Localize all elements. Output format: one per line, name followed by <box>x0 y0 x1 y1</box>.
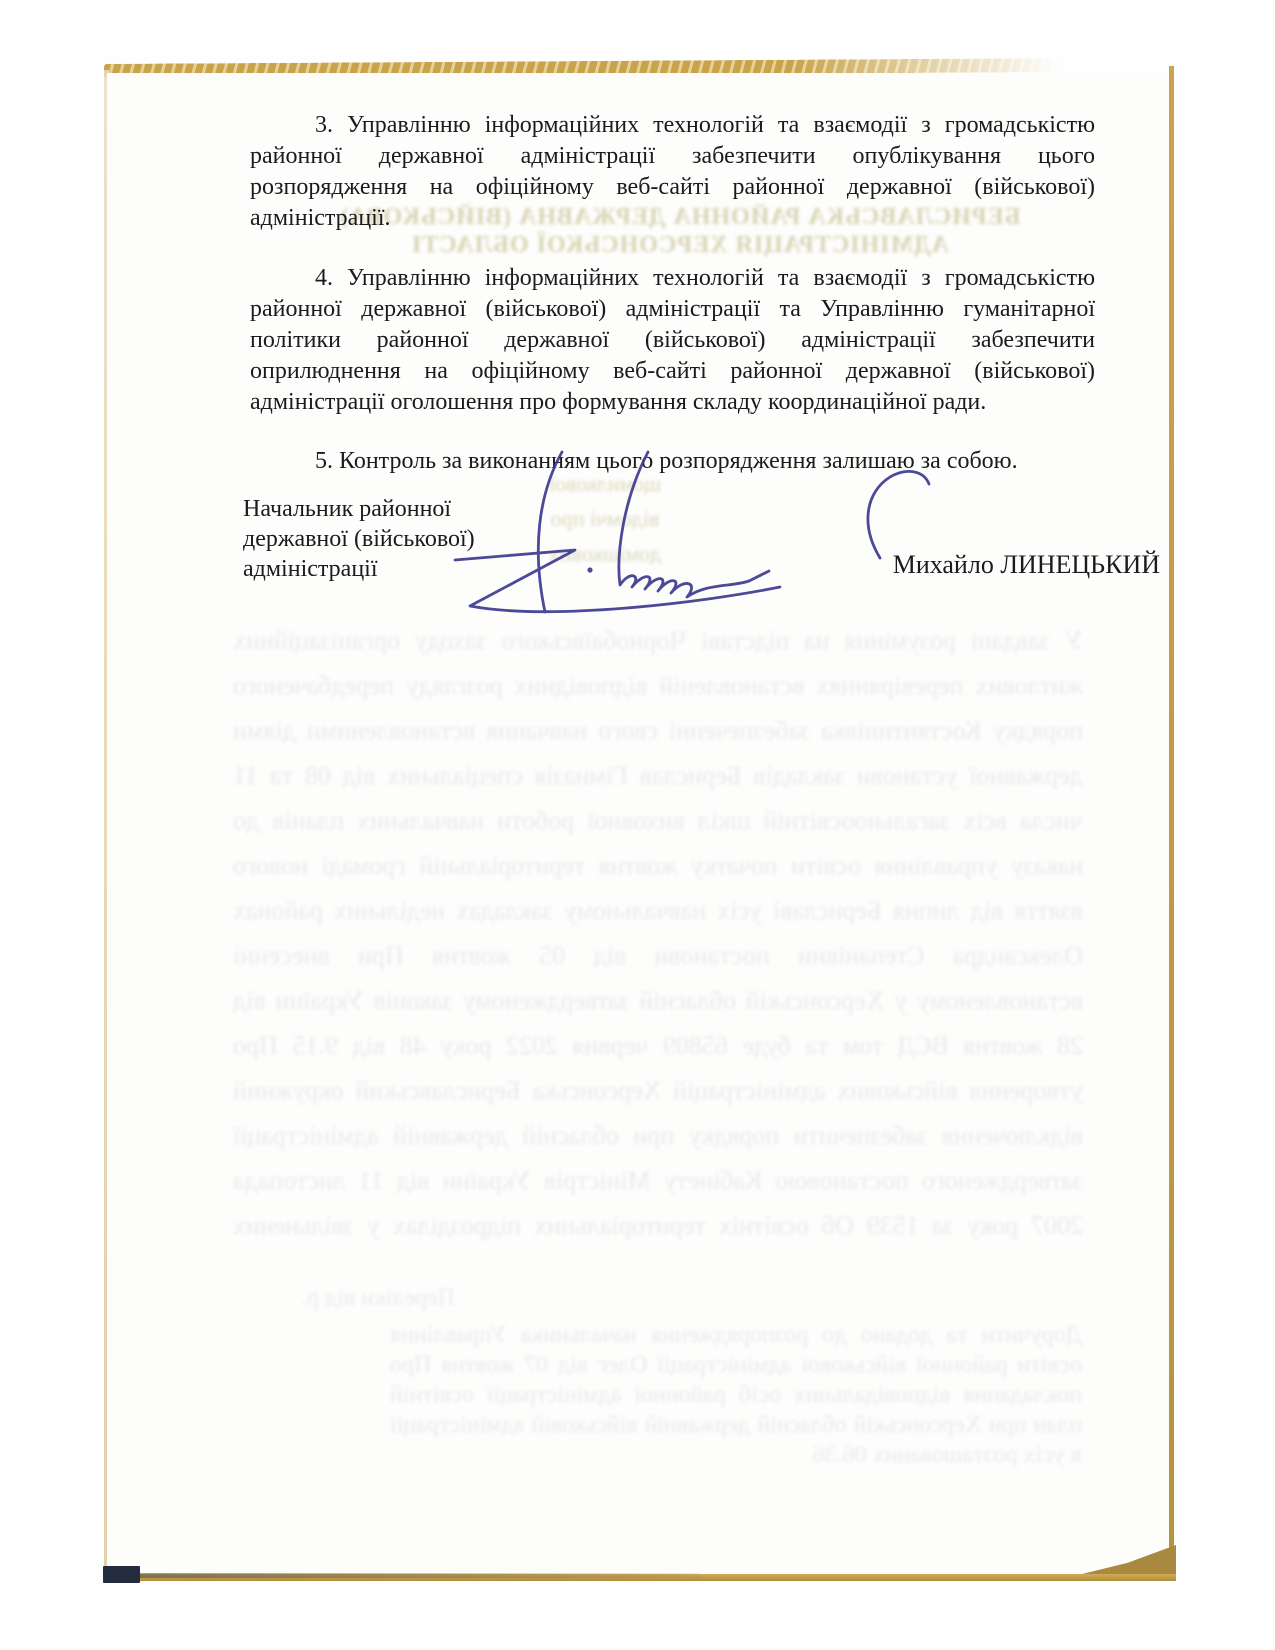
paragraph-4: 4. Управлінню інформаційних технологій т… <box>250 263 1095 418</box>
paragraph-3-line: розпорядження на офіційному веб-сайті ра… <box>250 172 1095 203</box>
paragraph-3-line: районної державної адміністрації забезпе… <box>250 141 1095 172</box>
signature-tall-stroke-2 <box>619 452 769 597</box>
paragraph-4-line: районної державної (військової) адмініст… <box>250 294 1095 325</box>
paragraph-4-line: 4. Управлінню інформаційних технологій т… <box>250 263 1095 294</box>
page-bottom-shadow <box>140 1573 700 1578</box>
signature-dot <box>587 567 592 572</box>
folder-right-edge <box>1169 66 1174 1580</box>
signature-tall-stroke-1 <box>538 452 562 612</box>
signature-underline-stroke <box>455 550 780 612</box>
paragraph-4-line: адміністрації оголошення про формування … <box>250 387 1095 418</box>
handwritten-signature <box>420 435 960 625</box>
paragraph-3-line: адміністрації. <box>250 203 1095 234</box>
paragraph-3-line: 3. Управлінню інформаційних технологій т… <box>250 110 1095 141</box>
paragraph-4-line: оприлюднення на офіційному веб-сайті рай… <box>250 356 1095 387</box>
signature-right-flourish <box>868 471 929 558</box>
dark-binding-strip <box>103 1566 140 1583</box>
scanned-document-page: БЕРИСЛАВСЬКА РАЙОННА ДЕРЖАВНА (ВІЙСЬКОВА… <box>0 0 1275 1650</box>
paragraph-3: 3. Управлінню інформаційних технологій т… <box>250 110 1095 234</box>
paragraph-4-line: політики районної державної (військової)… <box>250 325 1095 356</box>
